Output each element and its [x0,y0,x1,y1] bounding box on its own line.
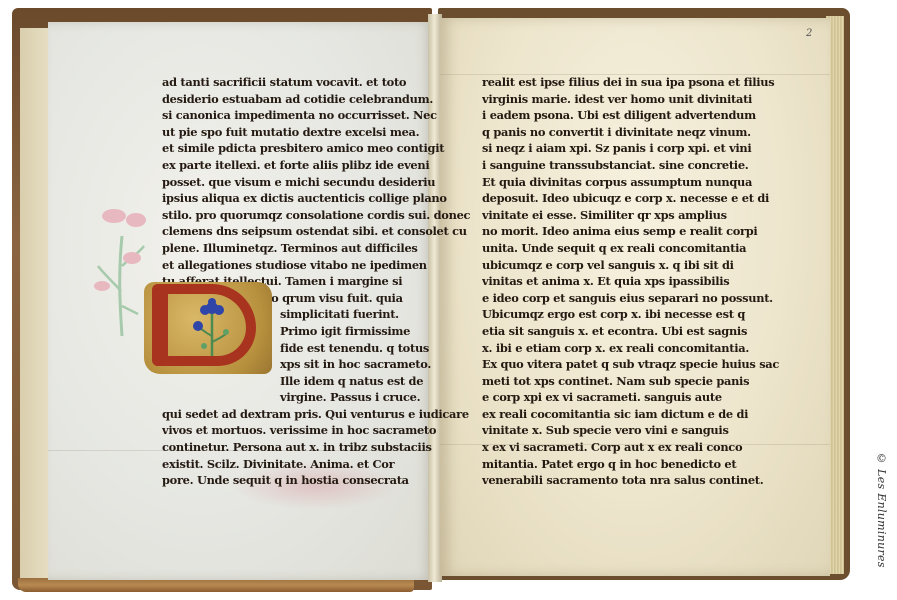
text-line: virgine. Passus i cruce. [162,389,470,406]
text-line: vinitate x. Sub specie vero vini e sangu… [482,422,779,439]
text-line: ex reali cocomitantia sic iam dictum e d… [482,406,779,423]
open-manuscript: ad tanti sacrificii statum vocavit. et t… [0,0,897,600]
text-line: desiderio estuabam ad cotidie celebrandu… [162,91,470,108]
text-line: existit. Scilz. Divinitate. Anima. et Co… [162,456,470,473]
text-line: etia sit sanguis x. et econtra. Ubi est … [482,323,779,340]
text-line: mitantia. Patet ergo q in hoc benedicto … [482,456,779,473]
text-line: Et quia divinitas corpus assumptum nunqu… [482,174,779,191]
text-line: ipsius aliqua ex dictis auctenticis coll… [162,190,470,207]
folio-number: 2 [806,28,812,39]
text-line: Ille idem q natus est de [162,373,470,390]
text-line: ut pie spo fuit mutatio dextre excelsi m… [162,124,470,141]
text-line: no morit. Ideo anima eius semp e realit … [482,223,779,240]
copyright-credit: © Les Enluminures [868,452,888,572]
text-line: pore. Unde sequit q in hostia consecrata [162,472,470,489]
text-line: i eadem psona. Ubi est diligent adverten… [482,107,779,124]
marginal-flower-icon [92,196,152,336]
text-line: vinitate ei esse. Similiter qr xps ampli… [482,207,779,224]
text-line: qui sedet ad dextram pris. Qui venturus … [162,406,470,423]
text-line: et simile pdicta presbitero amico meo co… [162,140,470,157]
text-line: plene. Illuminetqz. Terminos aut diffici… [162,240,470,257]
text-line: deposuit. Ideo ubicuqz e corp x. necesse… [482,190,779,207]
text-line: meti tot xps continet. Nam sub specie pa… [482,373,779,390]
text-line: ad tanti sacrificii statum vocavit. et t… [162,74,470,91]
text-line: posset. que visum e michi secundu deside… [162,174,470,191]
text-line: x. ibi e etiam corp x. ex reali concomit… [482,340,779,357]
illuminated-initial-p [144,282,272,374]
cover-bottom-edge [18,578,414,592]
text-line: si canonica impedimenta no occurrisset. … [162,107,470,124]
text-line: continetur. Persona aut x. in tribz subs… [162,439,470,456]
text-line: et allegationes studiose vitabo ne ipedi… [162,257,470,274]
text-line: x ex vi sacrameti. Corp aut x ex reali c… [482,439,779,456]
text-line: q panis no convertit i divinitate neqz v… [482,124,779,141]
blue-flower-icon [192,296,232,356]
text-line: Ex quo vitera patet q sub vtraqz specie … [482,356,779,373]
text-line: venerabili sacramento tota nra salus con… [482,472,779,489]
text-line: Ubicumqz ergo est corp x. ibi necesse es… [482,306,779,323]
text-line: e corp xpi ex vi sacrameti. sanguis aute [482,389,779,406]
text-line: stilo. pro quorumqz consolatione cordis … [162,207,470,224]
text-line: e ideo corp et sanguis eius separari no … [482,290,779,307]
text-line: clemens dns seipsum ostendat sibi. et co… [162,223,470,240]
text-line: ex parte itellexi. et forte aliis plibz … [162,157,470,174]
text-line: ubicumqz e corp vel sanguis x. q ibi sit… [482,257,779,274]
text-line: realit est ipse filius dei in sua ipa ps… [482,74,779,91]
text-line: vinitas et anima x. Et quia xps ipassibi… [482,273,779,290]
text-line: i sanguine transsubstanciat. sine concre… [482,157,779,174]
right-page-text: realit est ipse filius dei in sua ipa ps… [482,74,779,489]
text-line: vivos et mortuos. verissime in hoc sacra… [162,422,470,439]
text-line: si neqz i aiam xpi. Sz panis i corp xpi.… [482,140,779,157]
text-line: virginis marie. idest ver homo unit divi… [482,91,779,108]
text-line: unita. Unde sequit q ex reali concomitan… [482,240,779,257]
